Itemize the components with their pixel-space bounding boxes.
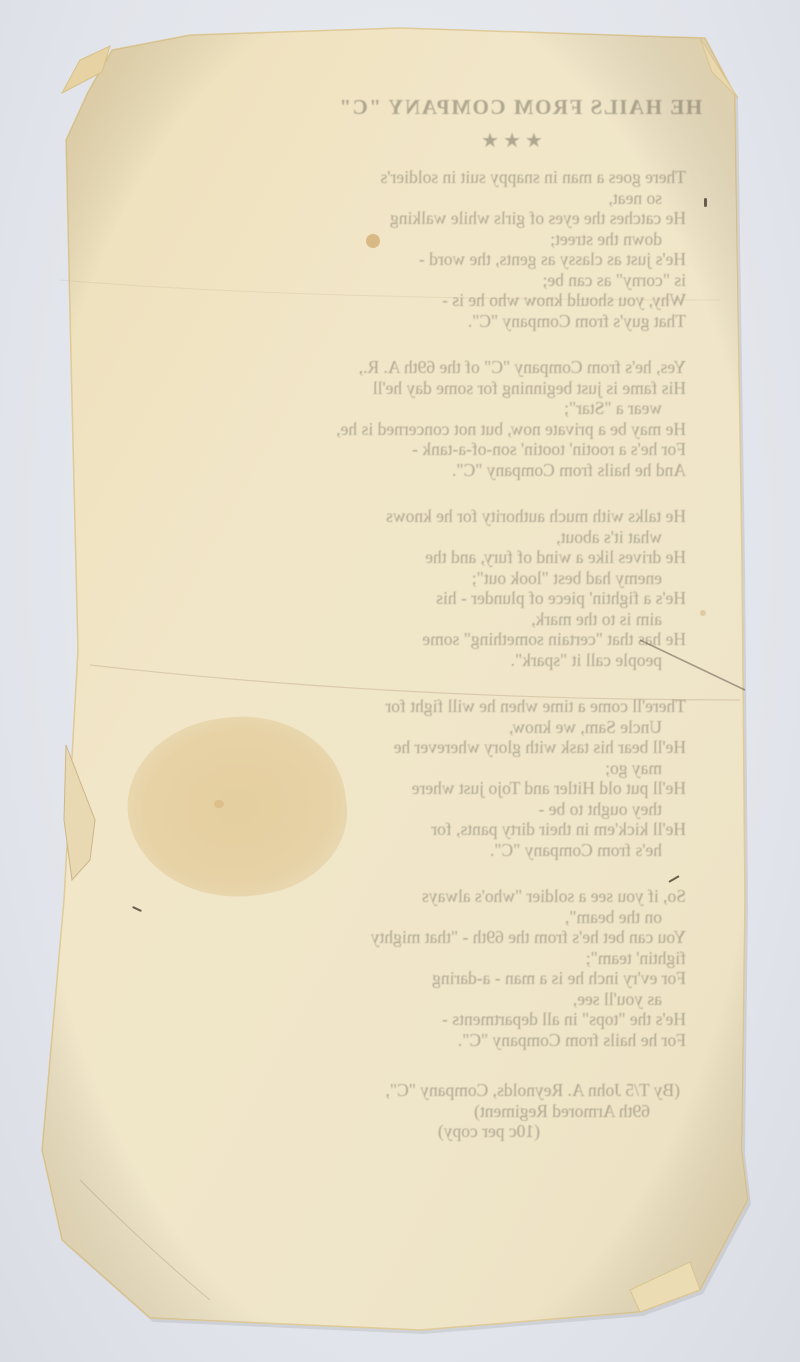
aged-paper-leaflet: HE HAILS FROM COMPANY "C" ★★★ There goes… (0, 0, 800, 1362)
verse-line: down the street; (110, 229, 690, 250)
verse-line: wear a "Star"; (110, 398, 690, 419)
leaflet-heading: HE HAILS FROM COMPANY "C" (230, 95, 800, 120)
ink-mark (704, 198, 707, 207)
verse-line: His fame is just beginning for some day … (110, 378, 690, 399)
author-credit: (By T/5 John A. Reynolds, Company "C", 6… (110, 1080, 690, 1142)
verse-line: aim is to the mark, (110, 609, 690, 630)
verse-line: For ev'ry inch he is a man - a-daring (110, 968, 690, 989)
verse-line: He'll bear his task with glory wherever … (110, 737, 690, 758)
verse-line: He may be a private now, but not concern… (110, 419, 690, 440)
credit-line: 69th Armored Regiment) (110, 1101, 690, 1122)
verse-line: He'll put old Hitler and Tojo just where (110, 778, 690, 799)
verse-1: There goes a man in snappy suit in soldi… (110, 167, 690, 331)
verse-line: He's just as classy as gents, the word - (110, 249, 690, 270)
verse-line: Why, you should know who he is - (110, 290, 690, 311)
verse-line: So, if you see a soldier "who's always (110, 886, 690, 907)
verse-line: There goes a man in snappy suit in soldi… (110, 167, 690, 188)
verse-line: He talks with much authority for he know… (110, 506, 690, 527)
verse-line: they ought to be - (110, 799, 690, 820)
verse-line: is "corny" as can be; (110, 270, 690, 291)
verse-line: he's from Company "C". (110, 840, 690, 861)
verse-line: so neat, (110, 188, 690, 209)
verse-line: That guy's from Company "C". (110, 311, 690, 332)
verse-line: He drives like a wind of fury, and the (110, 547, 690, 568)
credit-line: (By T/5 John A. Reynolds, Company "C", (110, 1080, 690, 1101)
verse-4: There'll come a time when he will fight … (110, 696, 690, 860)
verse-line: You can bet he's from the 69th - "that m… (110, 927, 690, 948)
verse-line: Uncle Sam, we know, (110, 717, 690, 738)
verse-line: on the beam", (110, 907, 690, 928)
verse-line: may go; (110, 758, 690, 779)
verse-line: And he hails from Company "C". (110, 460, 690, 481)
verse-line: He's a fightin' piece of plunder - his (110, 588, 690, 609)
price-line: (10c per copy) (110, 1121, 690, 1142)
verse-line: For he's a rootin' tootin' son-of-a-tank… (110, 439, 690, 460)
verse-line: people call it "spark". (110, 650, 690, 671)
verse-line: For he hails from Company "C". (110, 1030, 690, 1051)
stars-ornament: ★★★ (220, 128, 800, 153)
verse-3: He talks with much authority for he know… (110, 506, 690, 670)
verse-5: So, if you see a soldier "who's always o… (110, 886, 690, 1050)
verse-line: what it's about, (110, 527, 690, 548)
verse-line: Yes, he's from Company "C" of the 69th A… (110, 357, 690, 378)
verse-2: Yes, he's from Company "C" of the 69th A… (110, 357, 690, 480)
foxing-spot (700, 610, 706, 616)
verse-line: as you'll see, (110, 989, 690, 1010)
verse-line: He catches the eyes of girls while walki… (110, 208, 690, 229)
verse-line: He'll kick'em in their dirty pants, for (110, 819, 690, 840)
verse-line: fightin' team"; (110, 948, 690, 969)
verse-line: He has that "certain something" some (110, 629, 690, 650)
mirrored-print-text: HE HAILS FROM COMPANY "C" ★★★ There goes… (110, 95, 690, 1315)
verse-line: He's the "tops" in all departments - (110, 1009, 690, 1030)
verse-line: There'll come a time when he will fight … (110, 696, 690, 717)
verse-line: enemy had best "look out"; (110, 568, 690, 589)
